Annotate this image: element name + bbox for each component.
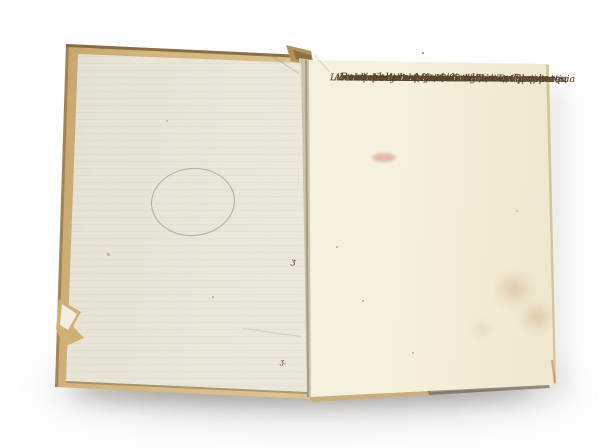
stain-speck: [412, 352, 414, 354]
ink-trial-mark: ʒ.: [280, 358, 287, 366]
foxing-stain: [466, 316, 498, 342]
foxing-stain: [513, 294, 561, 340]
red-ink-smudge: [372, 153, 396, 162]
manuscript-line: ctu praesto est. ita S. Gregorius.: [330, 71, 503, 86]
stain-speck: [212, 296, 214, 298]
stain-speck: [336, 246, 338, 248]
photo-open-manuscript-book: ʒ ʒ. Reminiscere Misericordia tua Domine…: [0, 0, 600, 448]
stain-speck: [107, 253, 110, 256]
stain-speck: [422, 52, 424, 54]
stain-speck: [362, 300, 364, 302]
stain-speck: [166, 120, 168, 122]
stain-speck: [516, 210, 518, 212]
ink-trial-mark: ʒ: [290, 258, 296, 267]
